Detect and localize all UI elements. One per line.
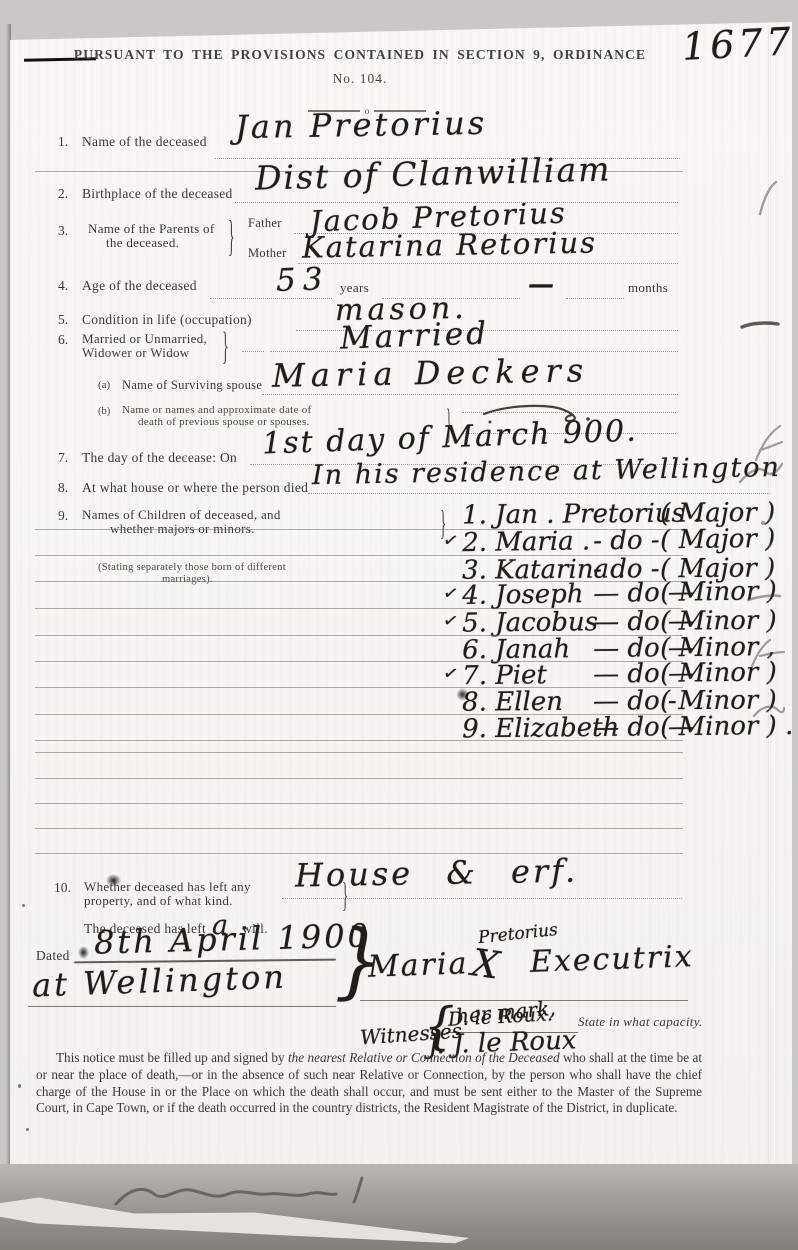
child-rule [35,714,683,715]
child-row-6: 6. Janah — do — ( Minor , [10,632,792,640]
child-ditto: - do - [593,525,660,556]
field-10-label-line2: property, and of what kind. [84,893,233,909]
scanned-death-notice-document: { "folio_number": "1677", "header": { "t… [0,0,798,1250]
child-row-7: ✓ 7. Piet — do — ( Minor ) [10,657,792,667]
margin-mark [758,518,770,530]
tick-mark: ✓ [441,662,460,686]
child-rule [35,661,683,662]
blank-rule [35,828,683,829]
mother-value: Katarina Retorius [302,225,598,264]
child-rule [35,608,683,609]
field-6-brace: } [222,328,229,373]
field-5-label: Condition in life (occupation) [82,312,252,328]
tick-mark: ✓ [441,609,460,633]
field-9-note-line2: marriages). [162,574,213,585]
tick-mark: ✓ [441,582,460,606]
field-2-label: Birthplace of the deceased [82,186,233,202]
father-label: Father [248,216,282,231]
footer-instructions: This notice must be filled up and signed… [36,1050,702,1117]
margin-mark [736,452,786,492]
bottom-scribble [110,1172,470,1216]
field-6-value: Married [339,315,489,356]
tick-mark: ✓ [441,529,460,553]
ink-blot [78,946,89,959]
child-name: 2. Maria . [462,526,590,558]
margin-mark [740,318,780,332]
child-row-1: 1. Jan . Pretorius . ( Major ) [10,498,792,505]
field-10-number: 10. [54,880,71,896]
field-7-label: The day of the decease: On [82,450,237,466]
field-6-label-line2: Widower or Widow [82,345,190,361]
child-rule [35,687,683,688]
child-rule [35,529,683,530]
margin-mark [752,178,782,218]
blank-rule [35,752,683,753]
folio-number: 1677 [681,19,796,69]
blank-rule [35,853,683,854]
child-row-5: ✓ 5. Jacobus — do — ( Minor ) [10,606,792,613]
field-8-number: 8. [58,480,68,496]
field-3-brace: } [228,216,235,266]
margin-mark [744,588,784,606]
field-9-note-line1: (Stating separately those born of differ… [98,562,286,573]
field-1-value: Jan Pretorius [235,104,488,146]
margin-mark [750,698,786,724]
margin-mark [746,636,788,672]
footer-part1: This notice must be filled up and signed… [56,1050,288,1065]
child-row-4: ✓ 4. Joseph — do — ( Minor ) [10,576,792,588]
child-row-9: 9. Elizabeth — do — ( Minor ) . [10,711,792,719]
field-6a-label: Name of Surviving spouse [122,378,262,393]
field-4-label: Age of the deceased [82,278,197,294]
age-fill-line-3 [566,284,624,299]
blank-rule [35,803,683,804]
header-ordinance-number: No. 104. [40,71,680,87]
executrix-name: Maria [367,946,469,984]
field-4-value: 53 [275,261,330,299]
child-rule [35,635,683,636]
blank-rule [35,778,683,779]
field-1-number: 1. [58,134,68,150]
months-dash-mark: — [528,270,552,300]
capacity-note: State in what capacity. [578,1014,703,1030]
place-underline [28,1006,336,1007]
place-value: at Wellington [31,958,287,1005]
header-title: PURSUANT TO THE PROVISIONS CONTAINED IN … [40,47,680,63]
speck [26,1128,29,1131]
field-9-number: 9. [58,508,68,524]
speck [18,1084,21,1088]
dated-value: 8th April 1900 [94,916,372,961]
child-rule [35,740,683,741]
field-6a-value: Maria Deckers [272,351,590,395]
footer-emphasis: the nearest Relative or Connection of th… [288,1050,560,1065]
field-6a-number: (a) [98,379,110,391]
child-name: 4. Joseph [462,579,584,611]
field-6b-number: (b) [98,406,110,417]
speck [22,904,25,907]
field-3-number: 3. [58,223,68,239]
field-8-label: At what house or where the person died [82,480,308,496]
field-6b-label-line1: Name or names and approximate date of [122,404,311,416]
executrix-mark-x: X [469,940,502,987]
months-label: months [628,280,668,296]
field-2-number: 2. [58,186,68,202]
mother-label: Mother [248,246,287,261]
field-3-label-line2: the deceased. [106,235,179,251]
document-page: PURSUANT TO THE PROVISIONS CONTAINED IN … [10,22,792,1164]
dated-label: Dated [36,948,70,964]
field-4-number: 4. [58,278,68,294]
speck [456,688,469,701]
field-1-label: Name of the deceased [82,134,207,150]
field-7-number: 7. [58,450,68,466]
field-10-value: House & erf. [295,852,579,895]
child-rule [35,555,683,556]
field-5-number: 5. [58,312,68,328]
child-rule [35,581,683,582]
ink-blot [106,874,121,887]
executrix-capacity: Executrix [529,939,694,980]
field-6-fill-line-short [242,338,264,352]
field-6-number: 6. [58,332,68,348]
